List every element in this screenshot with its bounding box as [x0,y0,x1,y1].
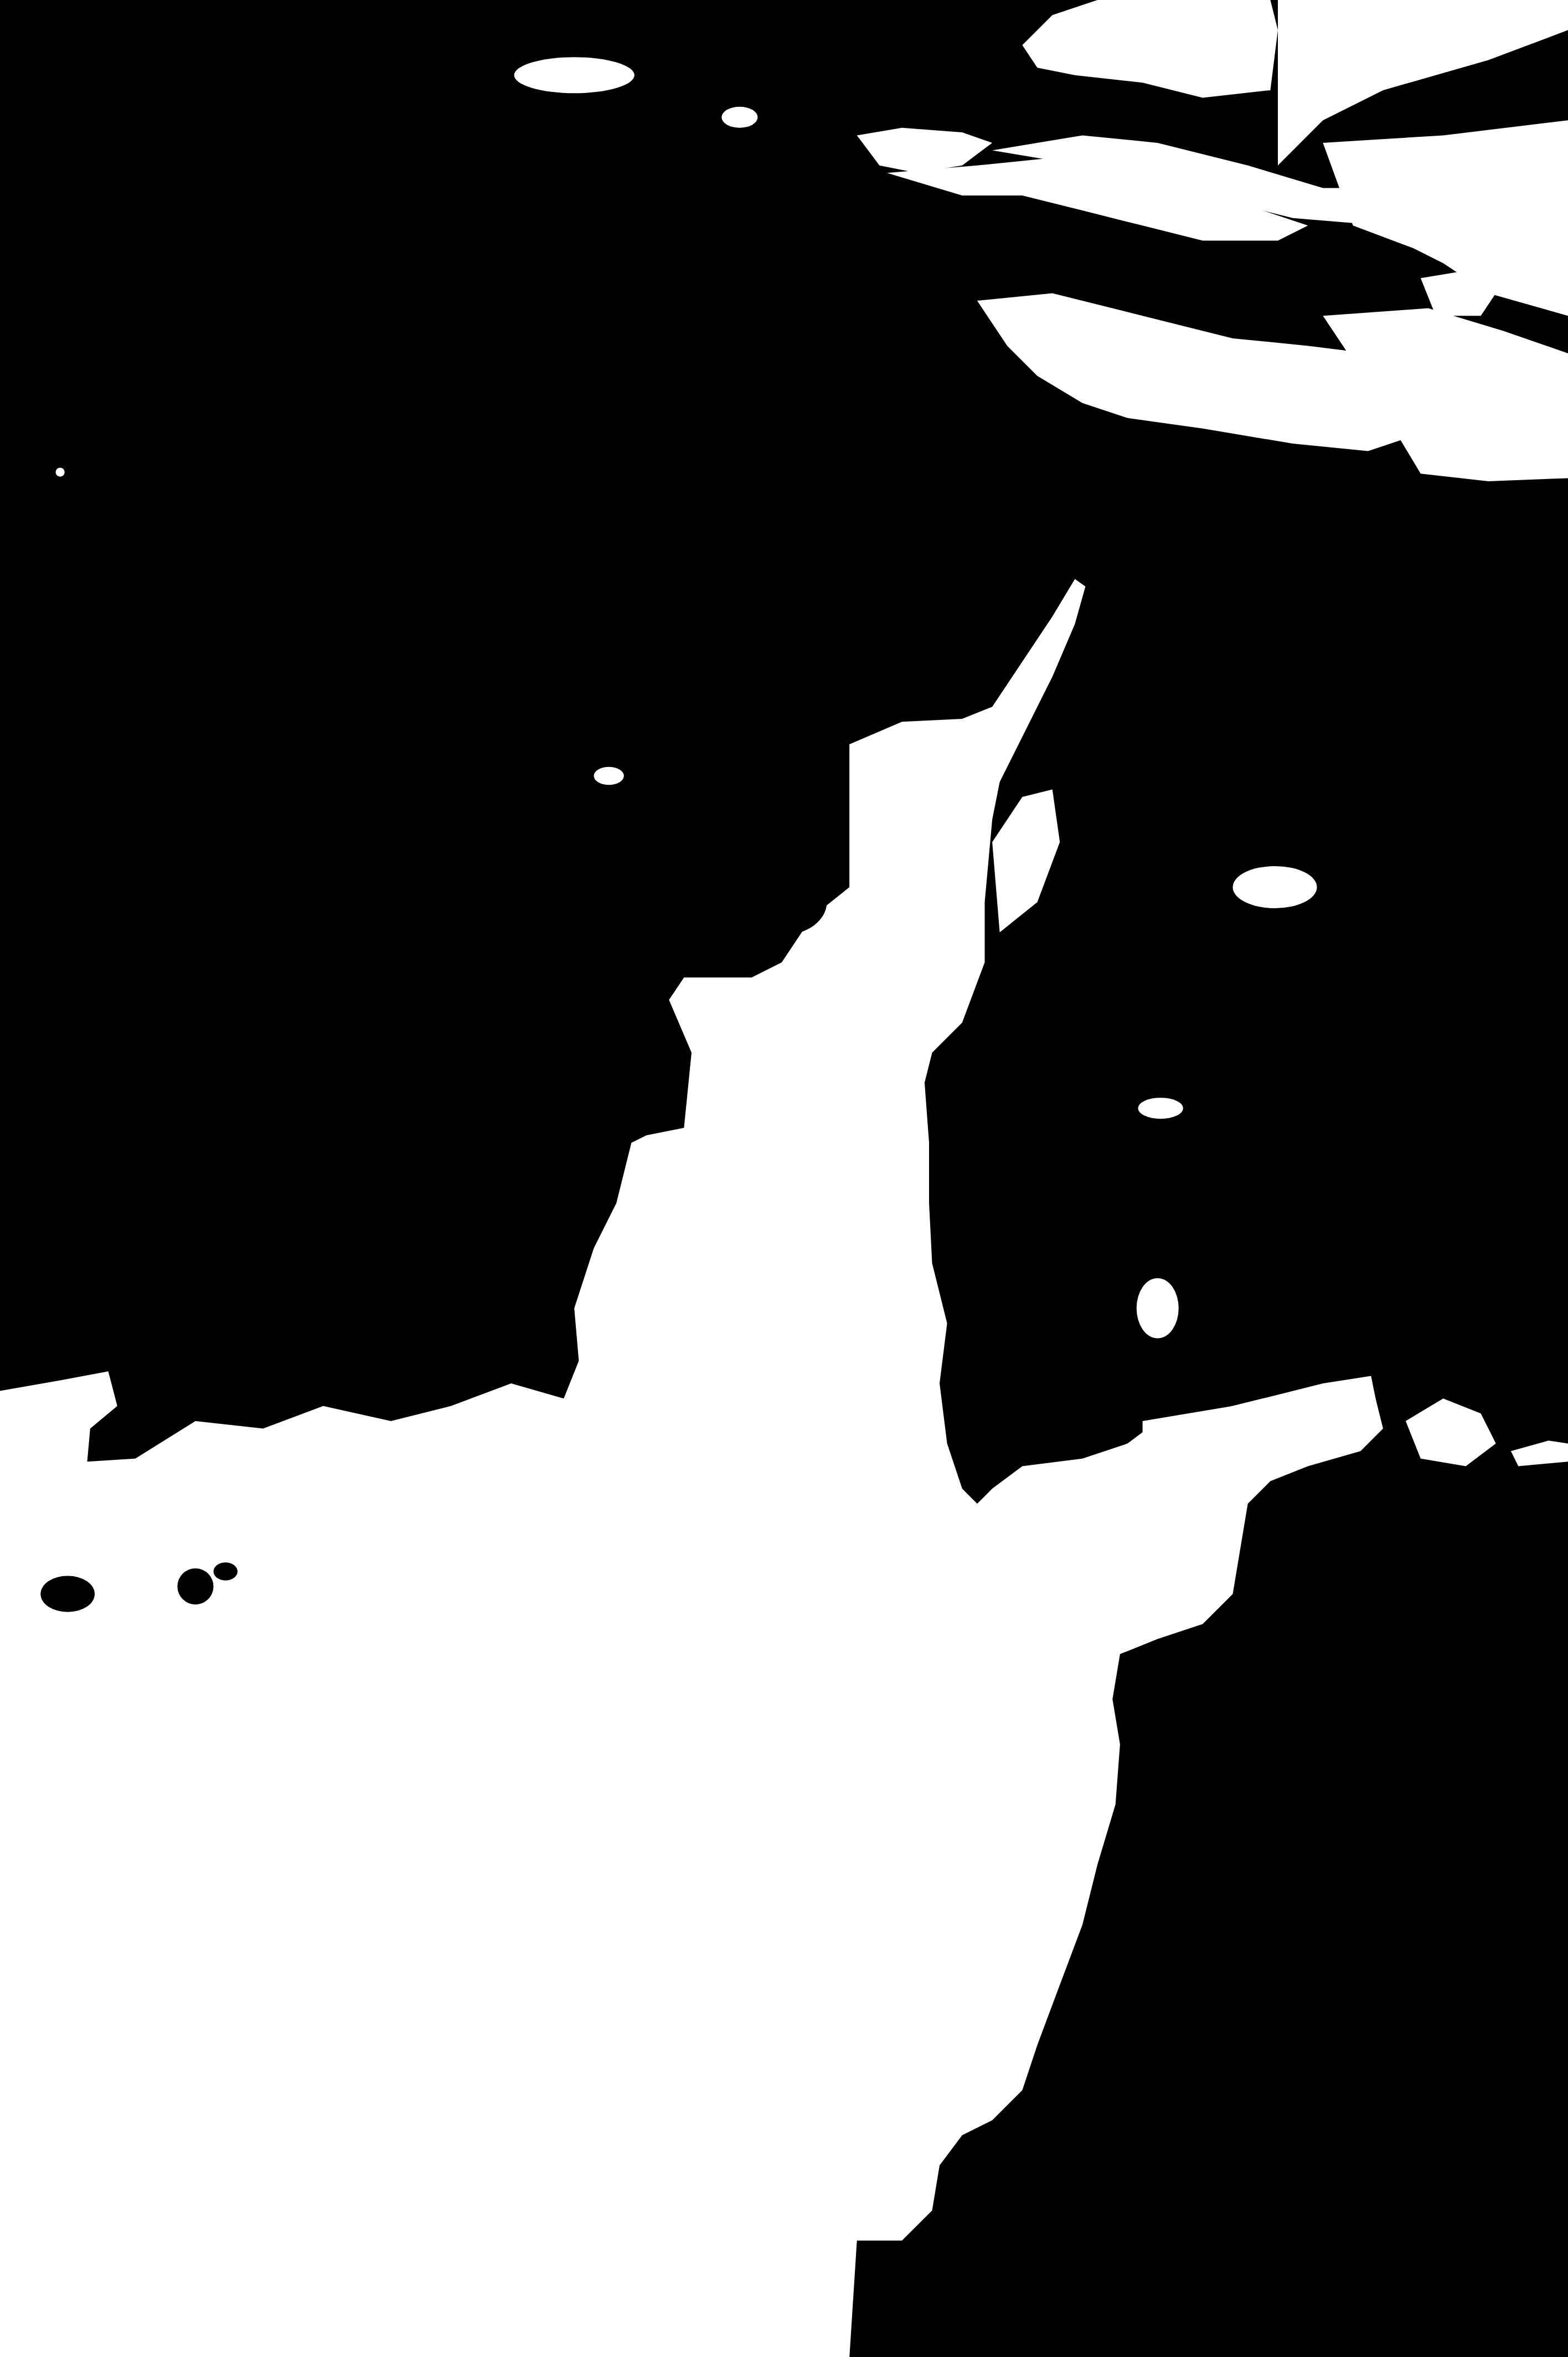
mask-hole-1 [40,1576,95,1612]
mask-island-north-2 [721,107,757,128]
mask-island-east [1233,866,1317,908]
mask-speck-1 [55,467,64,476]
mask-island-east-3 [1137,1278,1179,1339]
mask-island-west [594,767,624,785]
mask-hole-2 [177,1568,213,1604]
mask-island-north-1 [514,57,635,93]
segmentation-mask [0,0,1568,2357]
mask-hole-3 [214,1562,238,1581]
mask-island-east-2 [1138,1098,1183,1119]
mask-island-north-3 [1106,12,1125,24]
mask-hole-4 [736,869,827,935]
